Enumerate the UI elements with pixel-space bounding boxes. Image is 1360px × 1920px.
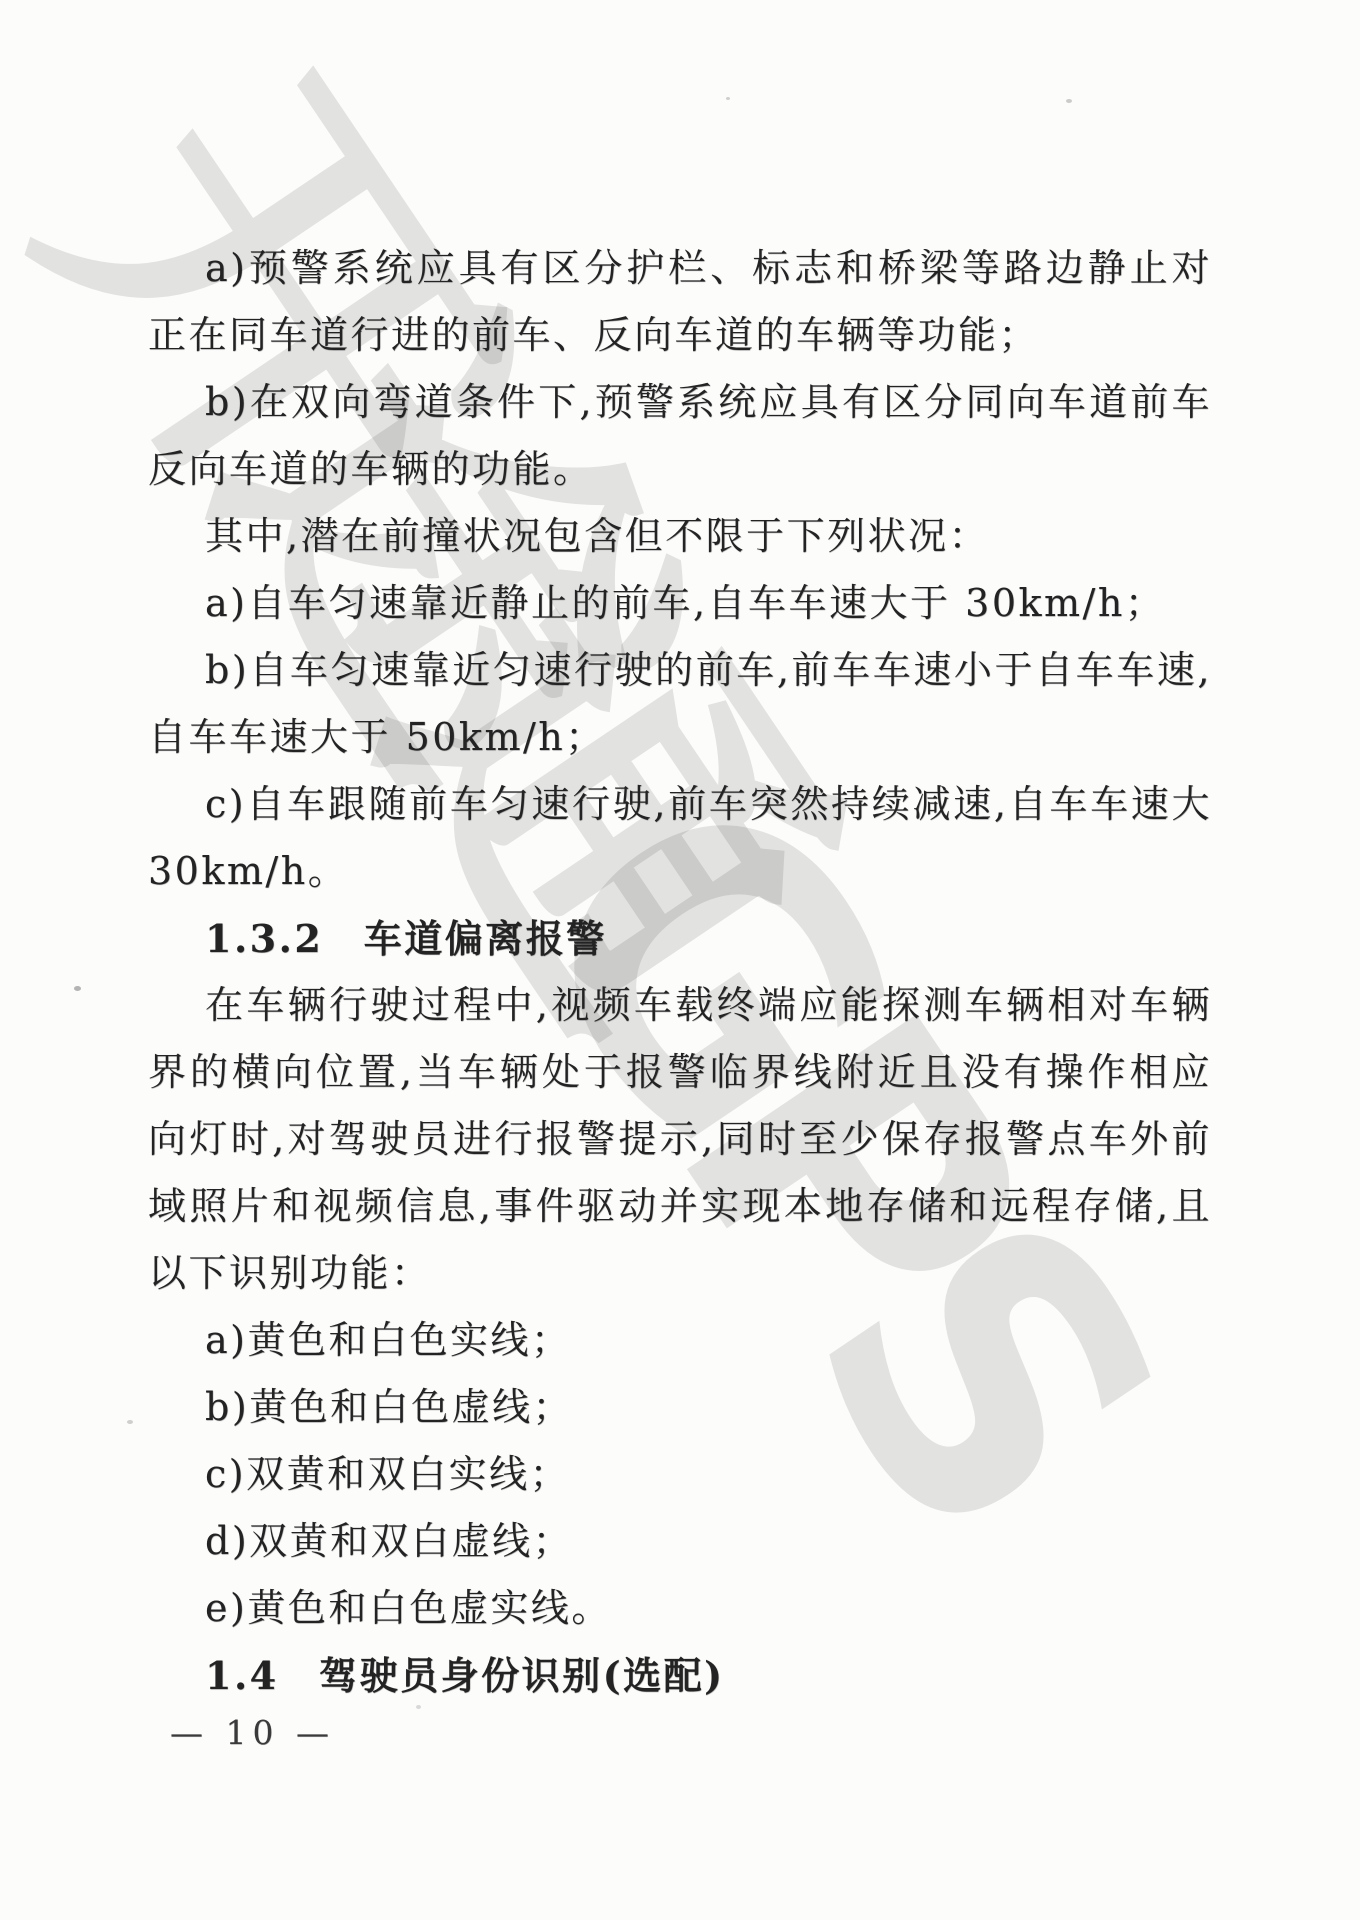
list-item-a-solid-lines: a)黄色和白色实线； (148, 1307, 1212, 1374)
paragraph-line: 在车辆行驶过程中,视频车载终端应能探测车辆相对车辆边 (148, 972, 1212, 1039)
scan-speck (127, 1420, 133, 1424)
list-item-c-double-solid: c)双黄和双白实线； (148, 1441, 1212, 1508)
section-heading-1-4: 1.4 驾驶员身份识别(选配) (148, 1642, 1212, 1709)
scan-speck (726, 97, 730, 100)
paragraph-line: 30km/h。 (148, 838, 1212, 905)
list-item-c-decel: c)自车跟随前车匀速行驶,前车突然持续减速,自车车速大于 (148, 771, 1212, 838)
paragraph-line: 以下识别功能： (148, 1240, 1212, 1307)
paragraph-line: 自车车速大于 50km/h； (148, 704, 1212, 771)
paragraph-line: 反向车道的车辆的功能。 (148, 436, 1212, 503)
list-item-a-speed30: a)自车匀速靠近静止的前车,自车车速大于 30km/h； (148, 570, 1212, 637)
paragraph-line: 域照片和视频信息,事件驱动并实现本地存储和远程存储,且具备 (148, 1173, 1212, 1240)
list-item-e-mixed-lines: e)黄色和白色虚实线。 (148, 1575, 1212, 1642)
paragraph-line: 其中,潜在前撞状况包含但不限于下列状况： (148, 503, 1212, 570)
section-heading-1-3-2: 1.3.2 车道偏离报警 (148, 905, 1212, 972)
list-item-b-speed50: b)自车匀速靠近匀速行驶的前车,前车车速小于自车车速, (148, 637, 1212, 704)
paragraph-line: a)预警系统应具有区分护栏、标志和桥梁等路边静止对象和 (148, 235, 1212, 302)
scanned-document-page: 开途通GPS a)预警系统应具有区分护栏、标志和桥梁等路边静止对象和 正在同车道… (0, 0, 1360, 1920)
scan-speck (1066, 99, 1072, 103)
scan-speck (74, 986, 81, 991)
list-item-b-dashed-lines: b)黄色和白色虚线； (148, 1374, 1212, 1441)
paragraph-line: 向灯时,对驾驶员进行报警提示,同时至少保存报警点车外前部区 (148, 1106, 1212, 1173)
paragraph-line: 界的横向位置,当车辆处于报警临界线附近且没有操作相应的转 (148, 1039, 1212, 1106)
list-item-d-double-dashed: d)双黄和双白虚线； (148, 1508, 1212, 1575)
paragraph-line: b)在双向弯道条件下,预警系统应具有区分同向车道前车和 (148, 369, 1212, 436)
document-body: a)预警系统应具有区分护栏、标志和桥梁等路边静止对象和 正在同车道行进的前车、反… (148, 235, 1212, 1709)
scan-speck (416, 1705, 421, 1709)
paragraph-line: 正在同车道行进的前车、反向车道的车辆等功能； (148, 302, 1212, 369)
page-number: — 10 — (170, 1710, 335, 1755)
